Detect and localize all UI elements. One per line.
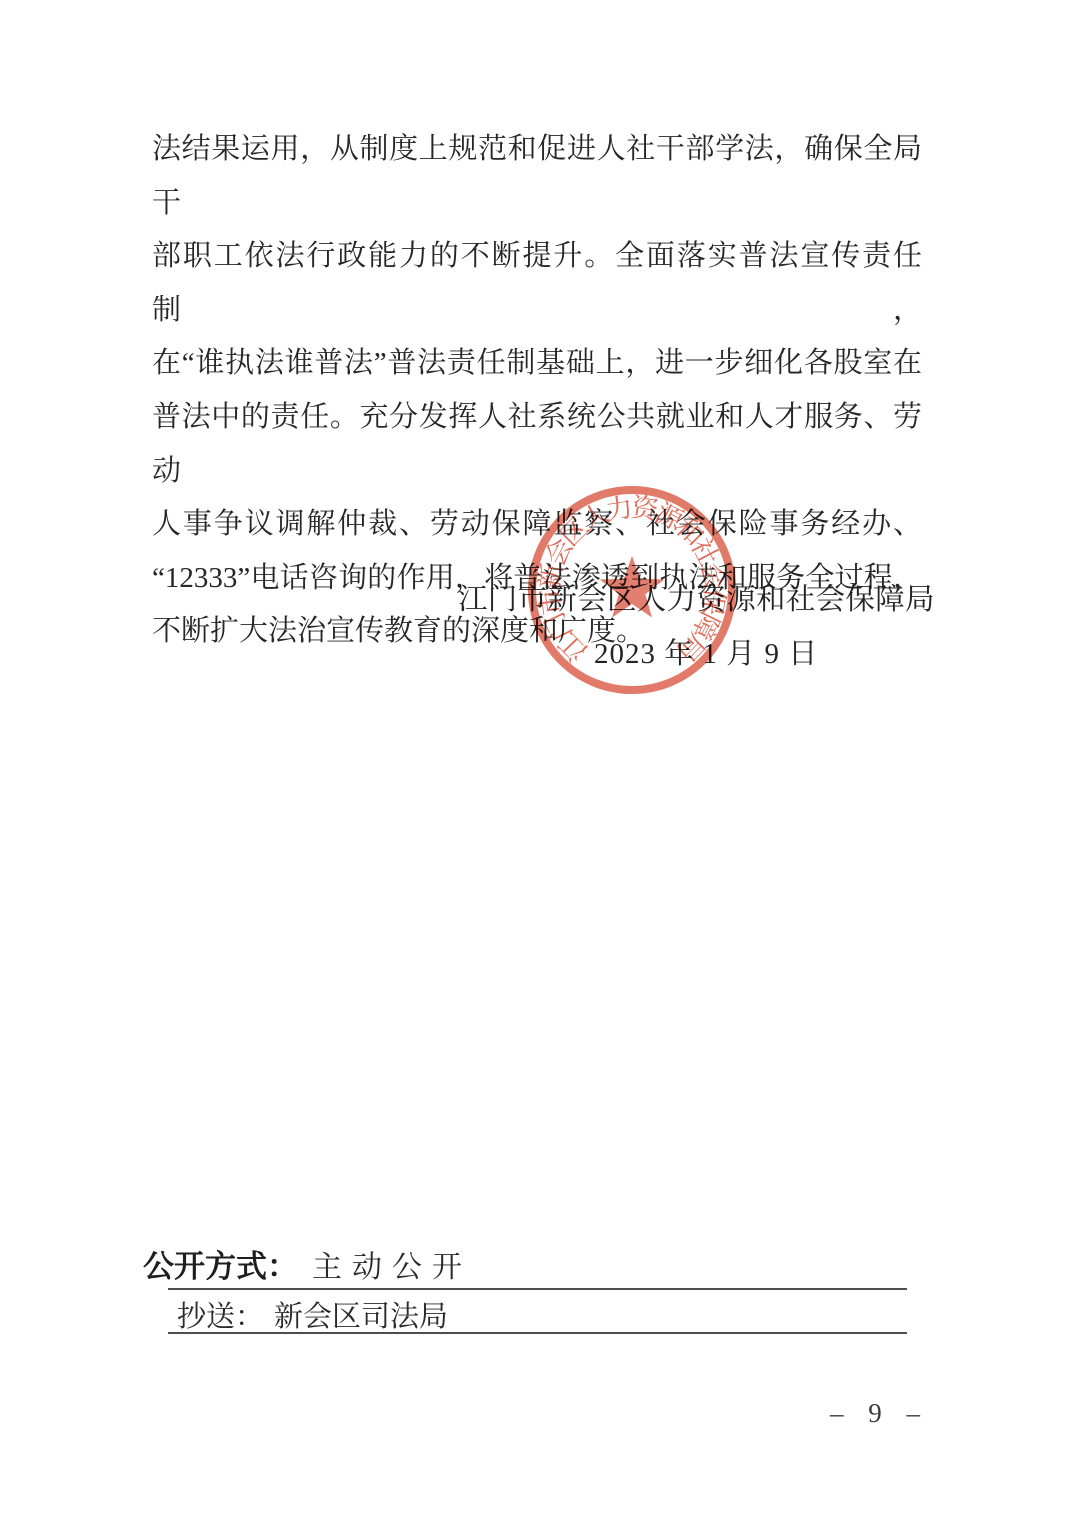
seal-star-icon — [600, 556, 665, 618]
cc-value: 新会区司法局 — [274, 1301, 448, 1333]
document-page: 法结果运用，从制度上规范和促进人社干部学法，确保全局干 部职工依法行政能力的不断… — [0, 0, 1080, 1526]
cc-label: 抄送： — [177, 1301, 264, 1333]
body-line: 部职工依法行政能力的不断提升。全面落实普法宣传责任制， — [152, 230, 922, 337]
page-number: – 9 – — [830, 1398, 929, 1429]
disclosure-value: 主动公开 — [312, 1251, 472, 1284]
disclosure-label: 公开方式： — [143, 1249, 298, 1284]
official-seal-icon: 江门市新会区人力资源和社会保障局 — [512, 470, 752, 710]
body-line: 法结果运用，从制度上规范和促进人社干部学法，确保全局干 — [152, 123, 922, 230]
cc-row: 抄送：新会区司法局 — [177, 1294, 448, 1335]
footer-divider-top — [168, 1288, 907, 1290]
footer-divider-bottom — [168, 1332, 907, 1334]
body-line: 在“谁执法谁普法”普法责任制基础上，进一步细化各股室在 — [152, 337, 922, 391]
disclosure-row: 公开方式：主动公开 — [143, 1241, 472, 1286]
